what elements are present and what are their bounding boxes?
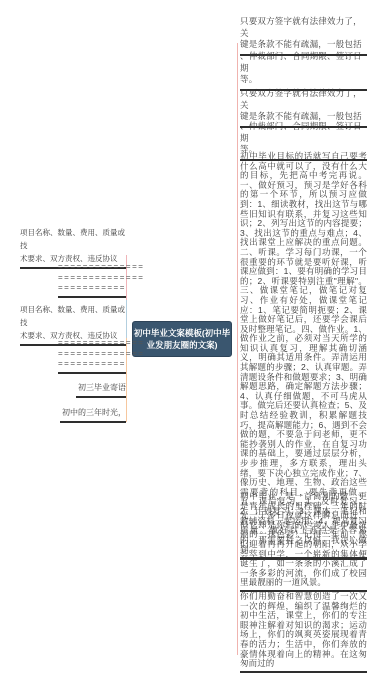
left-node-4-label: ============== ============== ==========…	[58, 338, 126, 370]
left-node-2[interactable]: ============== ============== ==========…	[58, 262, 126, 298]
central-topic-label: 初中毕业文案模板(初中毕 业发朋友圈的文案)	[134, 327, 230, 351]
left-node-5-label: 初三毕业寄语	[76, 382, 126, 394]
right-node-3-label: 只要双方签字就有法律效力了，关 键是条款不能有疏漏，一般包括	[240, 88, 367, 123]
left-node-6[interactable]: 初中的三年时光，	[60, 407, 126, 423]
central-topic-node[interactable]: 初中毕业文案模板(初中毕 业发朋友圈的文案)	[132, 321, 232, 357]
right-node-2-label: 、仲裁部门、合同期限、签订日期 等。	[240, 51, 367, 86]
left-node-4[interactable]: ============== ============== ==========…	[58, 338, 126, 374]
right-node-1[interactable]: 只要双方签字就有法律效力了，关 键是条款不能有疏漏，一般包括	[240, 16, 367, 56]
right-node-2[interactable]: 、仲裁部门、合同期限、签订日期 等。	[240, 51, 367, 91]
left-branch-connector-line-blue	[126, 300, 127, 338]
left-node-6-label: 初中的三年时光，	[60, 407, 126, 419]
right-branch-connector-line	[237, 43, 238, 655]
mindmap-canvas: 初中毕业文案模板(初中毕 业发朋友圈的文案) 项目名称、数量、费用、质量或技 术…	[0, 0, 369, 675]
left-node-3-label: 项目名称、数量、费用、质量或技 术要求、双方责权、违反协议	[20, 303, 126, 342]
right-node-7-label: 你们用勤奋和智慧创造了一次又一次的辉煌，编织了温馨绚烂的初中生活，课堂上，你们的…	[240, 592, 367, 669]
right-node-1-label: 只要双方签字就有法律效力了，关 键是条款不能有疏漏，一般包括	[240, 16, 367, 51]
right-node-7[interactable]: 你们用勤奋和智慧创造了一次又一次的辉煌，编织了温馨绚烂的初中生活，课堂上，你们的…	[240, 592, 367, 673]
right-node-6[interactable]: 初中毕业，是一首离别的歌，更是青年成长的里程碑，三年的时光一千多日夜就这样瞬息而…	[240, 492, 367, 592]
left-node-1-label: 项目名称、数量、费用、质量或技 术要求、双方责权、违反协议	[20, 226, 126, 265]
right-node-6-label: 初中毕业，是一首离别的歌，更是青年成长的里程碑，三年的时光一千多日夜就这样瞬息而…	[240, 492, 367, 588]
left-node-2-label: ============== ============== ==========…	[58, 262, 126, 294]
left-node-5[interactable]: 初三毕业寄语	[76, 382, 126, 398]
